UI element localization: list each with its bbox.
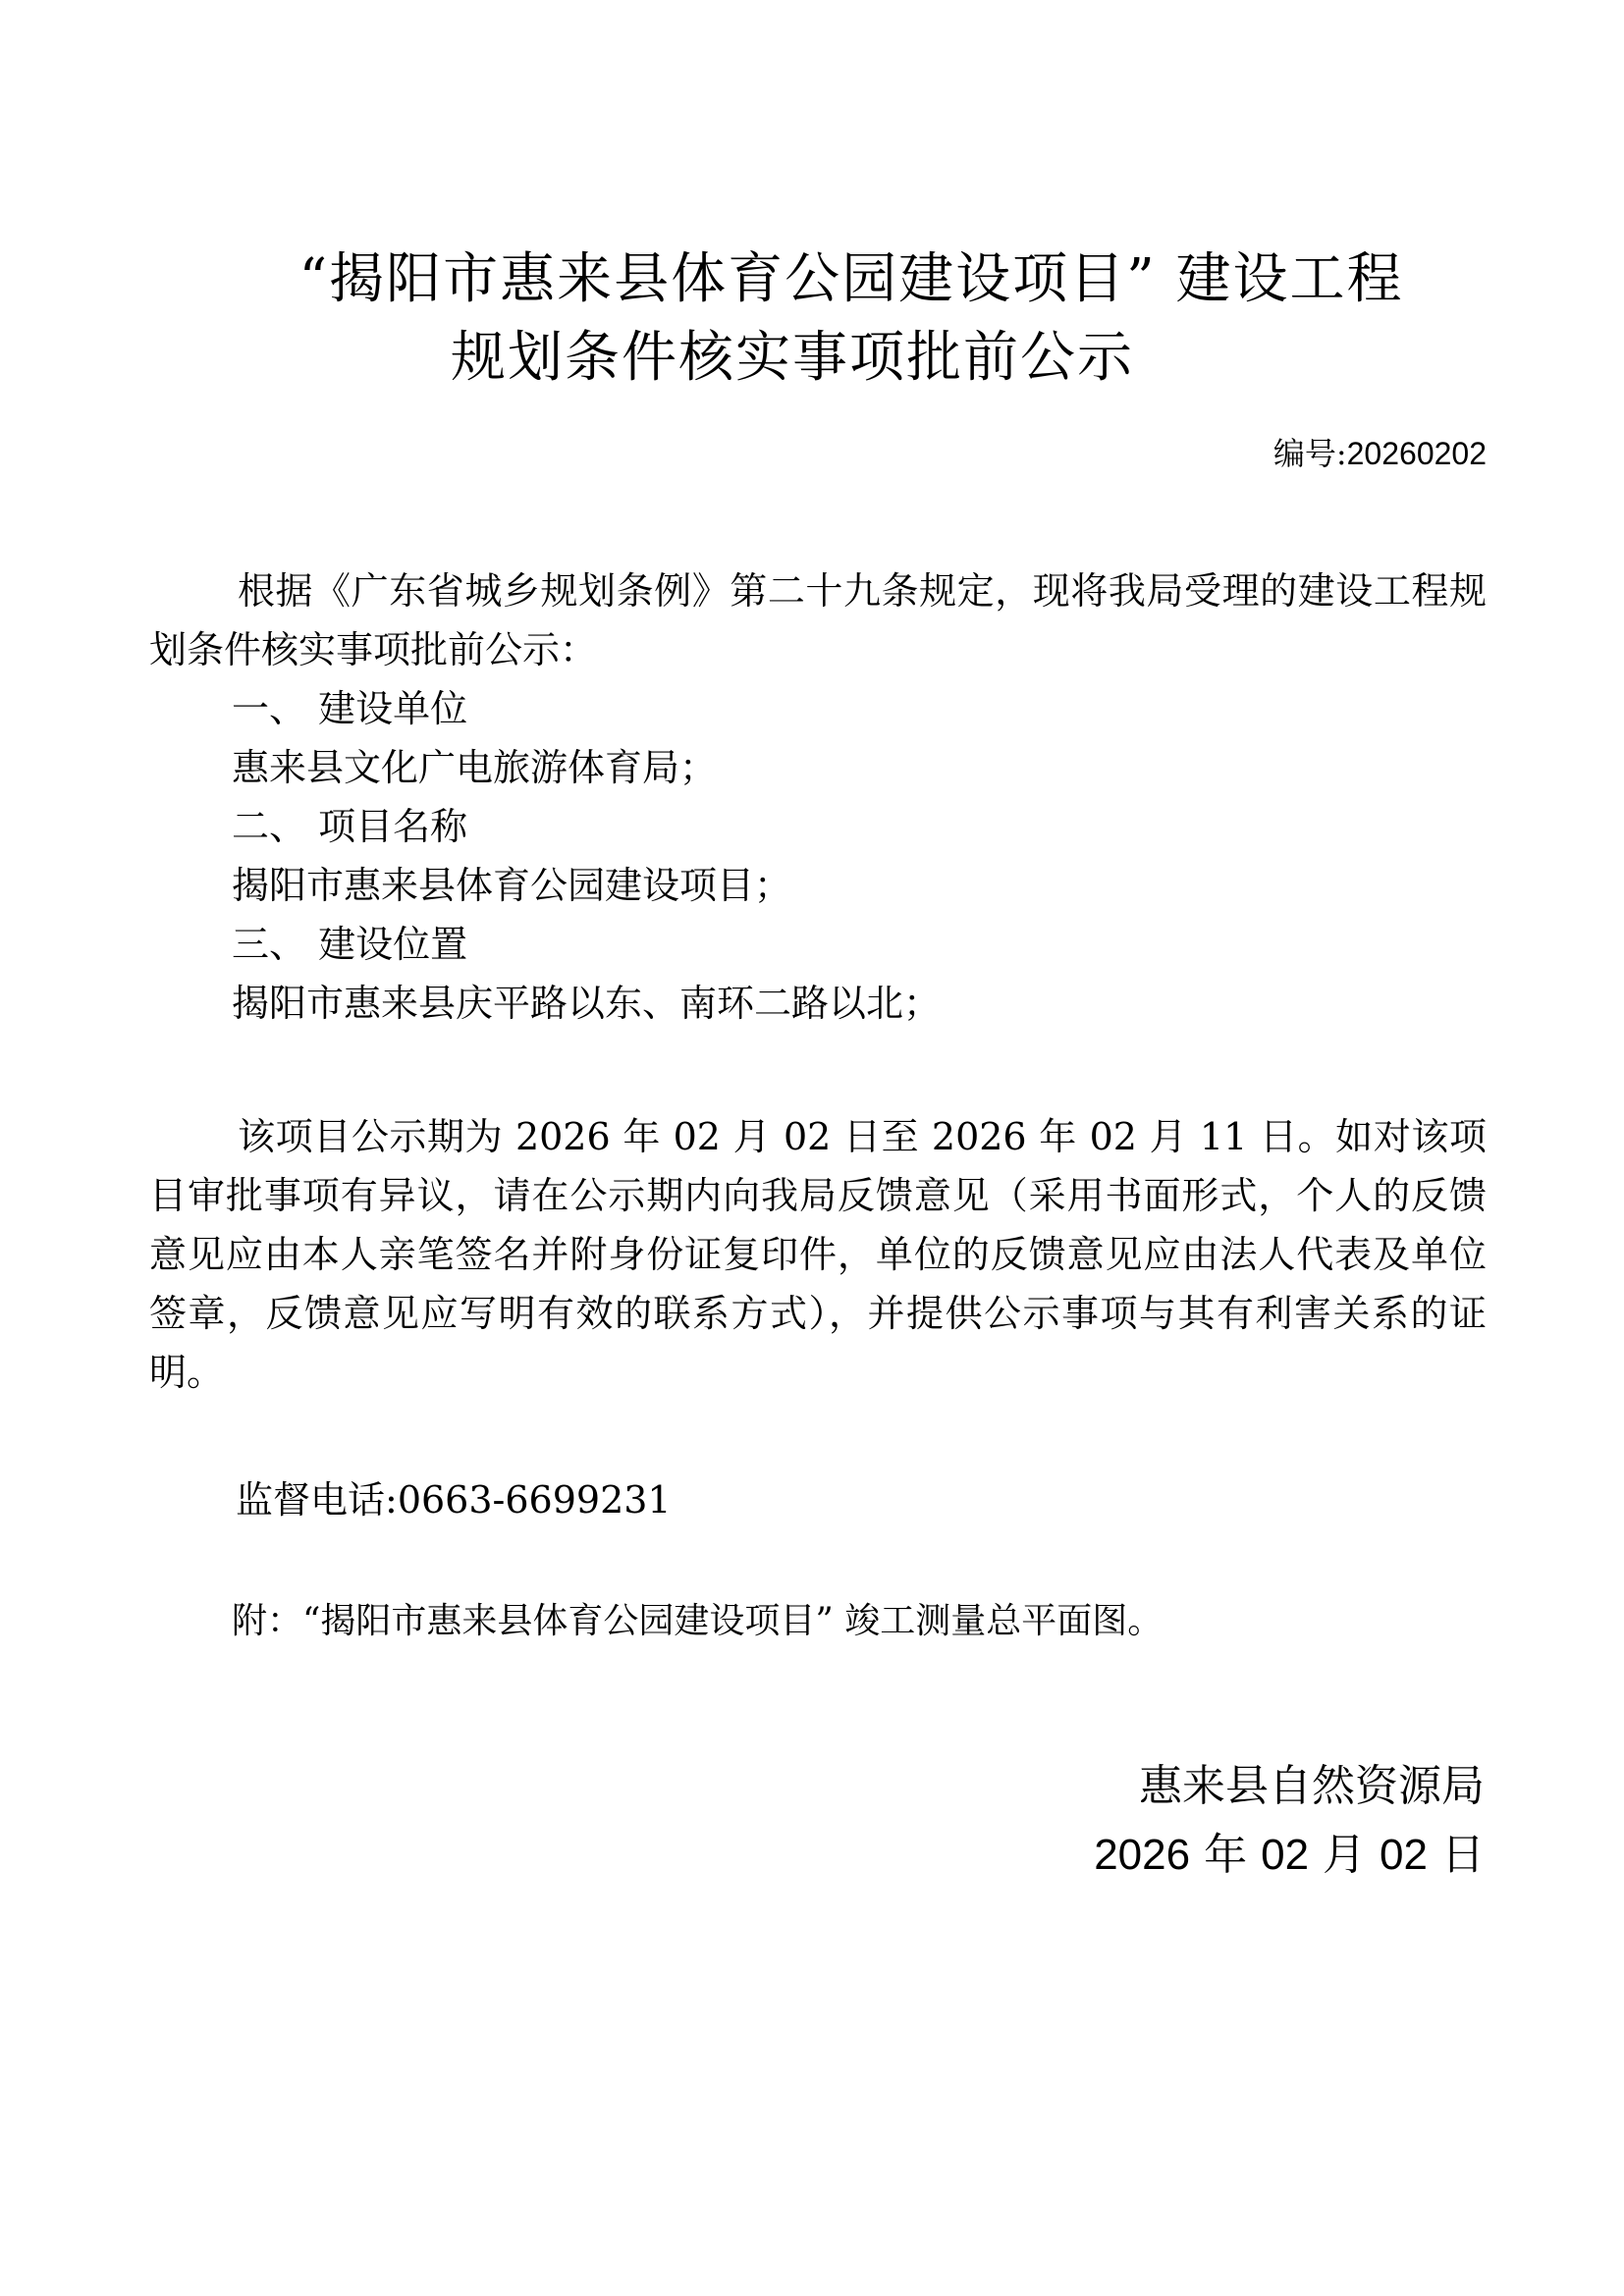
section-heading-construction-location: 三、 建设位置	[232, 915, 467, 974]
document-number: 编号:20260202	[1273, 432, 1487, 475]
attachment-note: 附：“揭阳市惠来县体育公园建设项目” 竣工测量总平面图。	[232, 1592, 1163, 1651]
signing-date-day: 02	[1380, 1831, 1428, 1879]
signing-date-day-unit: 日	[1441, 1830, 1485, 1880]
supervision-phone: 监督电话:0663-6699231	[236, 1470, 672, 1529]
section-heading-project-name: 二、 项目名称	[232, 797, 467, 856]
signing-date-year: 2026	[1094, 1831, 1190, 1879]
supervision-phone-label: 监督电话:	[236, 1478, 398, 1522]
signing-date-month: 02	[1261, 1831, 1309, 1879]
intro-paragraph: 根据《广东省城乡规划条例》第二十九条规定，现将我局受理的建设工程规划条件核实事项…	[149, 561, 1487, 679]
section-value-construction-location: 揭阳市惠来县庆平路以东、南环二路以北；	[232, 974, 941, 1033]
section-value-construction-unit: 惠来县文化广电旅游体育局；	[232, 738, 717, 797]
notice-paragraph: 该项目公示期为 2026 年 02 月 02 日至 2026 年 02 月 11…	[149, 1107, 1487, 1402]
document-number-label: 编号:	[1273, 435, 1347, 472]
document-title-line-1: “揭阳市惠来县体育公园建设项目” 建设工程	[39, 245, 1624, 314]
document-number-value: 20260202	[1347, 436, 1487, 471]
signing-organization: 惠来县自然资源局	[1139, 1757, 1485, 1816]
signing-date-month-unit: 月	[1323, 1830, 1366, 1880]
document-title-line-2: 规划条件核实事项批前公示	[0, 324, 1604, 393]
supervision-phone-value: 0663-6699231	[398, 1478, 672, 1522]
section-heading-construction-unit: 一、 建设单位	[232, 679, 467, 738]
section-value-project-name: 揭阳市惠来县体育公园建设项目；	[232, 856, 791, 915]
signing-date-year-unit: 年	[1204, 1830, 1247, 1880]
signing-date: 2026 年 02 月 02 日	[1094, 1826, 1485, 1885]
document-page: “揭阳市惠来县体育公园建设项目” 建设工程 规划条件核实事项批前公示 编号:20…	[0, 0, 1624, 2296]
